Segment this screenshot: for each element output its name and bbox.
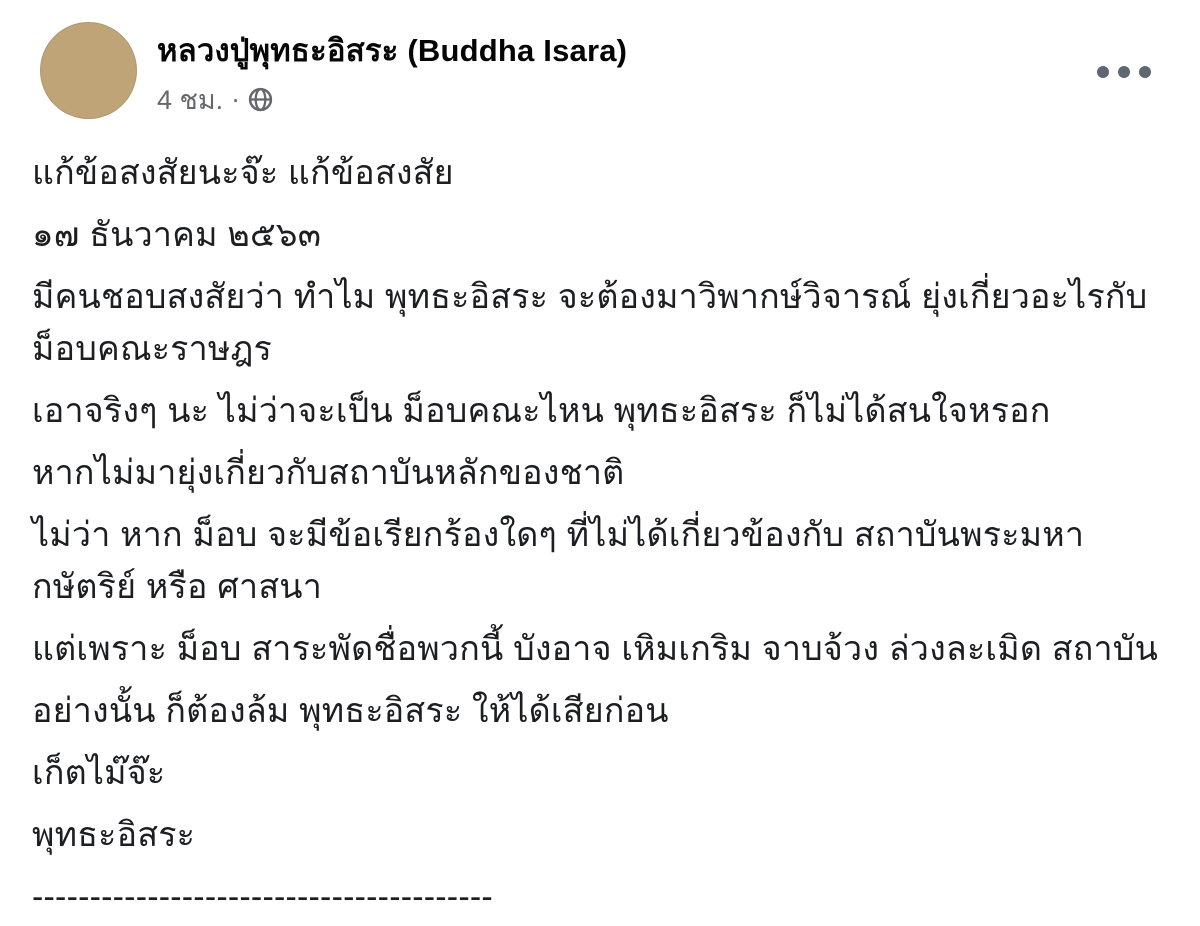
post-paragraph: หากไม่มายุ่งเกี่ยวกับสถาบันหลักของชาติ [32,447,1170,499]
post-paragraph: พุทธะอิสระ [32,809,1170,861]
post-paragraph: เก็ตไม๊จ๊ะ [32,747,1170,799]
profile-avatar[interactable] [40,22,137,119]
globe-privacy-icon [248,87,273,112]
post-paragraph: อย่างนั้น ก็ต้องล้ม พุทธะอิสระ ให้ได้เสี… [32,685,1170,737]
post-text-line: เก็ตไม๊จ๊ะ [32,747,1170,799]
post-text-line: กษัตริย์ หรือ ศาสนา [32,561,1170,613]
post-options-button[interactable] [1088,48,1160,96]
post-header: หลวงปู่พุทธะอิสระ (Buddha Isara) 4 ชม. · [30,22,1170,121]
post-text-line: ไม่ว่า หาก ม็อบ จะมีข้อเรียกร้องใดๆ ที่ไ… [32,509,1170,561]
post-text-line: ม็อบคณะราษฎร [32,323,1170,375]
post-paragraph: เอาจริงๆ นะ ไม่ว่าจะเป็น ม็อบคณะไหน พุทธ… [32,385,1170,437]
ellipsis-icon [1118,66,1130,78]
post-text-line: มีคนชอบสงสัยว่า ทำไม พุทธะอิสระ จะต้องมา… [32,271,1170,323]
post-paragraph: แก้ข้อสงสัยนะจ๊ะ แก้ข้อสงสัย [32,147,1170,199]
post-paragraph: แต่เพราะ ม็อบ สาระพัดชื่อพวกนี้ บังอาจ เ… [32,623,1170,675]
post-body: แก้ข้อสงสัยนะจ๊ะ แก้ข้อสงสัย๑๗ ธันวาคม ๒… [30,147,1170,923]
meta-separator: · [231,84,240,115]
ellipsis-icon [1097,66,1109,78]
facebook-post: หลวงปู่พุทธะอิสระ (Buddha Isara) 4 ชม. ·… [0,0,1200,923]
post-paragraph: ไม่ว่า หาก ม็อบ จะมีข้อเรียกร้องใดๆ ที่ไ… [32,509,1170,613]
post-text-line: อย่างนั้น ก็ต้องล้ม พุทธะอิสระ ให้ได้เสี… [32,685,1170,737]
post-paragraph: ๑๗ ธันวาคม ๒๕๖๓ [32,209,1170,261]
post-text-line: แต่เพราะ ม็อบ สาระพัดชื่อพวกนี้ บังอาจ เ… [32,623,1170,675]
post-header-text: หลวงปู่พุทธะอิสระ (Buddha Isara) 4 ชม. · [157,22,627,121]
author-name-link[interactable]: หลวงปู่พุทธะอิสระ (Buddha Isara) [157,32,627,69]
post-timestamp[interactable]: 4 ชม. [157,78,223,121]
post-text-line: พุทธะอิสระ [32,809,1170,861]
post-paragraph: ---------------------------------------- [32,871,1170,923]
post-text-line: ๑๗ ธันวาคม ๒๕๖๓ [32,209,1170,261]
post-paragraph: มีคนชอบสงสัยว่า ทำไม พุทธะอิสระ จะต้องมา… [32,271,1170,375]
post-text-line: แก้ข้อสงสัยนะจ๊ะ แก้ข้อสงสัย [32,147,1170,199]
post-text-line: ---------------------------------------- [32,871,1170,923]
ellipsis-icon [1139,66,1151,78]
post-text-line: หากไม่มายุ่งเกี่ยวกับสถาบันหลักของชาติ [32,447,1170,499]
post-text-line: เอาจริงๆ นะ ไม่ว่าจะเป็น ม็อบคณะไหน พุทธ… [32,385,1170,437]
post-meta-row: 4 ชม. · [157,78,627,121]
